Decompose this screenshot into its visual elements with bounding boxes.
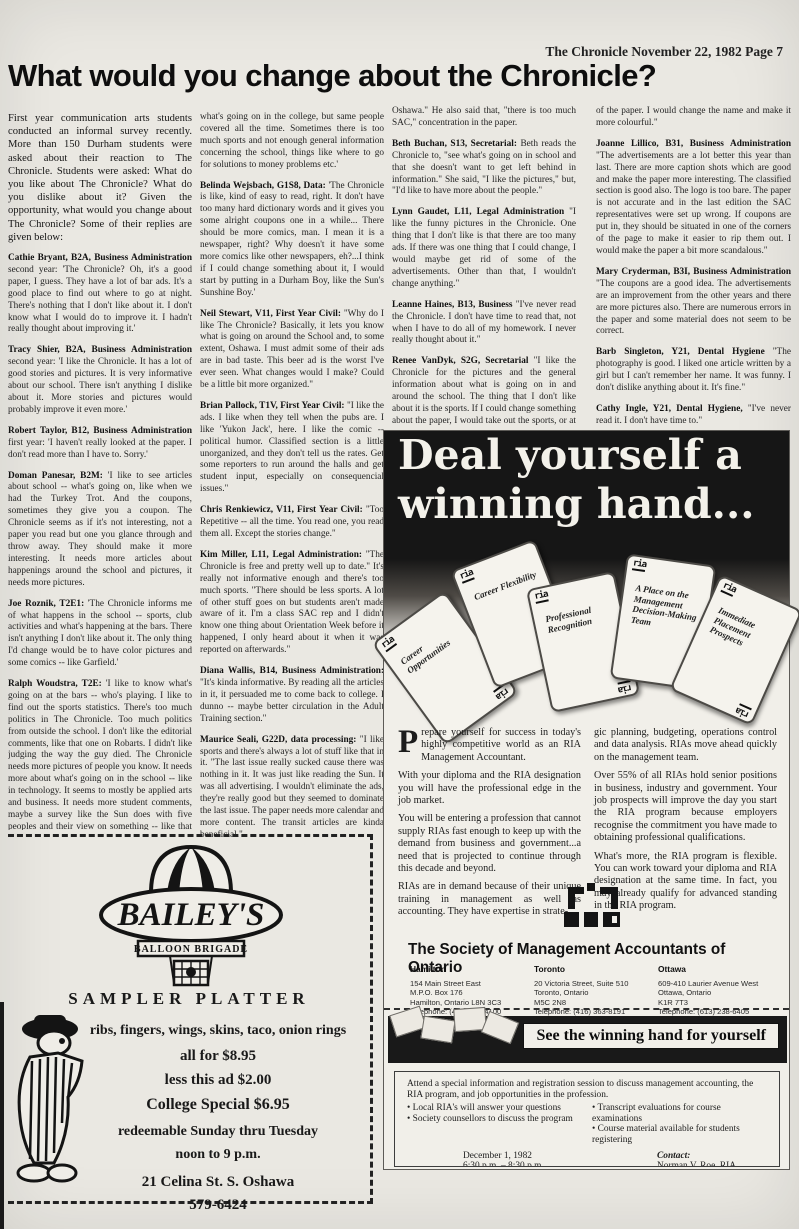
office-city: Hamilton xyxy=(410,965,534,975)
office-line: 609-410 Laurier Avenue West xyxy=(658,979,782,989)
ria-mini-logo: ria xyxy=(380,635,398,653)
survey-column-2: what's going on in the college, but same… xyxy=(200,112,384,848)
registration-info-box: Attend a special information and registr… xyxy=(394,1071,780,1167)
respondent-name: Mary Cryderman, B3I, Business Administra… xyxy=(596,267,791,277)
survey-entry: Doman Panesar, B2M: 'I like to see artic… xyxy=(8,471,192,590)
office-line: 20 Victoria Street, Suite 510 xyxy=(534,979,658,989)
office-line: Hamilton, Ontario L8N 3C3 xyxy=(410,998,534,1008)
survey-entry: of the paper. I would change the name an… xyxy=(596,106,791,130)
ria-paragraph: You will be entering a profession that c… xyxy=(398,813,581,875)
ria-body-left: Prepare yourself for success in today's … xyxy=(398,727,581,925)
newspaper-page: The Chronicle November 22, 1982 Page 7 W… xyxy=(0,0,799,1229)
ria-logo xyxy=(560,879,626,935)
survey-entry: Ralph Woudstra, T2E: 'I like to know wha… xyxy=(8,679,192,830)
survey-column-3: Oshawa." He also said that, "there is to… xyxy=(392,106,576,428)
bullets-right: Transcript evaluations for course examin… xyxy=(592,1103,769,1145)
respondent-name: Neil Stewart, V11, First Year Civil: xyxy=(200,309,344,319)
bullets-left: Local RIA's will answer your questions S… xyxy=(407,1103,584,1145)
address-line: 21 Celina St. S. Oshawa xyxy=(68,1174,368,1191)
scan-edge-artifact xyxy=(0,1002,4,1229)
contact-label: Contact: xyxy=(657,1151,748,1162)
bullet-item: Local RIA's will answer your questions xyxy=(407,1103,584,1114)
office-line: K1R 7T3 xyxy=(658,998,782,1008)
survey-entry: Joanne Lillico, B31, Business Administra… xyxy=(596,139,791,258)
survey-entry: Lynn Gaudet, L11, Legal Administration "… xyxy=(392,207,576,290)
survey-entry: Cathy Ingle, Y21, Dental Hygiene, "I've … xyxy=(596,404,791,428)
scattered-card xyxy=(481,1011,519,1044)
survey-entry: Oshawa." He also said that, "there is to… xyxy=(392,106,576,130)
survey-entry: Brian Pallock, T1V, First Year Civil: "I… xyxy=(200,401,384,496)
respondent-name: Tracy Shier, B2A, Business Administratio… xyxy=(8,345,192,355)
survey-entry: Diana Wallis, B14, Business Administrati… xyxy=(200,666,384,726)
redeem-line: redeemable Sunday thru Tuesday xyxy=(68,1124,368,1140)
session-bullets: Local RIA's will answer your questions S… xyxy=(407,1103,769,1145)
ria-headline-line2: winning hand... xyxy=(398,480,755,528)
ria-paragraph: gic planning, budgeting, operations cont… xyxy=(594,727,777,764)
respondent-name: Diana Wallis, B14, Business Administrati… xyxy=(200,666,384,676)
survey-entry: Barb Singleton, Y21, Dental Hygiene "The… xyxy=(596,347,791,395)
price-line: less this ad $2.00 xyxy=(68,1072,368,1089)
office-city: Ottawa xyxy=(658,965,782,975)
respondent-name: Cathie Bryant, B2A, Business Administrat… xyxy=(8,253,192,263)
respondent-name: Joe Roznik, T2E1: xyxy=(8,599,88,609)
bullet-item: Course material available for students r… xyxy=(592,1124,769,1145)
respondent-name: Beth Buchan, S13, Secretarial: xyxy=(392,139,520,149)
scattered-card xyxy=(420,1016,455,1044)
respondent-name: Brian Pallock, T1V, First Year Civil: xyxy=(200,401,347,411)
ria-mini-logo: ria xyxy=(735,703,752,719)
ria-ad-headline: Deal yourself a winning hand... xyxy=(398,431,755,529)
menu-items: ribs, fingers, wings, skins, taco, onion… xyxy=(68,1023,368,1039)
respondent-name: Doman Panesar, B2M: xyxy=(8,471,108,481)
card-label: A Place on the Management Decision-Makin… xyxy=(630,583,703,634)
card-label: Professional Recognition xyxy=(544,600,615,635)
respondent-name: Ralph Woudstra, T2E: xyxy=(8,679,106,689)
bullet-item: Society counsellors to discuss the progr… xyxy=(407,1114,584,1125)
respondent-name: Kim Miller, L11, Legal Administration: xyxy=(200,550,366,560)
survey-entry: Chris Renkiewicz, V11, First Year Civil:… xyxy=(200,505,384,541)
ria-headline-line1: Deal yourself a xyxy=(398,431,742,479)
page-headline: What would you change about the Chronicl… xyxy=(8,58,794,94)
survey-entry: Maurice Seali, G22D, data processing: "I… xyxy=(200,735,384,842)
survey-entry: Robert Taylor, B12, Business Administrat… xyxy=(8,426,192,462)
session-intro: Attend a special information and registr… xyxy=(407,1079,769,1100)
respondent-name: Chris Renkiewicz, V11, First Year Civil: xyxy=(200,505,366,515)
coupon-divider xyxy=(384,1008,789,1010)
office-city: Toronto xyxy=(534,965,658,975)
ria-ad-header: Deal yourself a winning hand... xyxy=(384,431,789,559)
ria-paragraph: Over 55% of all RIAs hold senior positio… xyxy=(594,770,777,844)
survey-entry: what's going on in the college, but same… xyxy=(200,112,384,172)
respondent-name: Belinda Wejsbach, G1S8, Data: xyxy=(200,181,328,191)
winning-hand-banner: See the winning hand for yourself xyxy=(523,1023,779,1049)
session-contact: Contact: Norman V. Roe, RIA Days & Evgs:… xyxy=(657,1151,748,1167)
card-label: Career Opportunities xyxy=(399,619,466,676)
survey-entry: Joe Roznik, T2E1: 'The Chronicle informs… xyxy=(8,599,192,670)
office-line: Toronto, Ontario xyxy=(534,988,658,998)
ria-mini-logo: ria xyxy=(632,558,647,572)
office-line: 154 Main Street East xyxy=(410,979,534,989)
ria-mini-logo: ria xyxy=(617,680,632,694)
survey-entry: Beth Buchan, S13, Secretarial: Beth read… xyxy=(392,139,576,199)
session-line: 6:30 p.m. – 8:30 p.m. xyxy=(463,1161,603,1167)
respondent-name: Lynn Gaudet, L11, Legal Administration xyxy=(392,207,569,217)
office-line: Ottawa, Ontario xyxy=(658,988,782,998)
phone-number: 579-6424 xyxy=(68,1197,368,1214)
respondent-name: Leanne Haines, B13, Business xyxy=(392,300,516,310)
survey-entry: Tracy Shier, B2A, Business Administratio… xyxy=(8,345,192,416)
session-details: December 1, 1982 6:30 p.m. – 8:30 p.m. D… xyxy=(407,1151,769,1167)
survey-entry: Cathie Bryant, B2A, Business Administrat… xyxy=(8,253,192,336)
contact-line: Norman V. Roe, RIA xyxy=(657,1161,748,1167)
respondent-name: Barb Singleton, Y21, Dental Hygiene xyxy=(596,347,773,357)
survey-column-1: First year communication arts students c… xyxy=(8,112,192,830)
ria-mini-logo: ria xyxy=(534,589,549,603)
respondent-name: Cathy Ingle, Y21, Dental Hygiene, xyxy=(596,404,748,414)
survey-entry: Leanne Haines, B13, Business "I've never… xyxy=(392,300,576,348)
ria-mini-logo: ria xyxy=(458,568,475,584)
redeem-line: noon to 9 p.m. xyxy=(68,1147,368,1163)
session-when: December 1, 1982 6:30 p.m. – 8:30 p.m. D… xyxy=(463,1151,603,1167)
ria-advertisement: Deal yourself a winning hand... ria Care… xyxy=(383,430,790,1170)
survey-entry: First year communication arts students c… xyxy=(8,112,192,244)
sampler-platter-title: SAMPLER PLATTER xyxy=(8,989,370,1009)
price-line: College Special $6.95 xyxy=(68,1096,368,1114)
respondent-name: Maurice Seali, G22D, data processing: xyxy=(200,735,360,745)
baileys-balloon-logo: BAILEY'S BALLOON BRIGADE xyxy=(66,841,316,989)
survey-entry: Neil Stewart, V11, First Year Civil: "Wh… xyxy=(200,309,384,392)
ria-mini-logo: ria xyxy=(720,581,737,597)
survey-entry: Mary Cryderman, B3I, Business Administra… xyxy=(596,267,791,338)
office-line: M5C 2N8 xyxy=(534,998,658,1008)
baileys-brand: BAILEY'S xyxy=(117,897,265,933)
bullet-item: Transcript evaluations for course examin… xyxy=(592,1103,769,1124)
survey-entry: Kim Miller, L11, Legal Administration: "… xyxy=(200,550,384,657)
survey-entry: Belinda Wejsbach, G1S8, Data: 'The Chron… xyxy=(200,181,384,300)
survey-entry: Renee VanDyk, S2G, Secretarial "I like t… xyxy=(392,356,576,428)
price-line: all for $8.95 xyxy=(68,1048,368,1065)
survey-column-4: of the paper. I would change the name an… xyxy=(596,106,791,428)
card-fan: ria Career Opportunities ria ria Career … xyxy=(384,541,789,731)
ria-paragraph: Prepare yourself for success in today's … xyxy=(398,727,581,764)
office-line: M.P.O. Box 176 xyxy=(410,988,534,998)
ria-paragraph: With your diploma and the RIA designatio… xyxy=(398,770,581,807)
winning-hand-strip: See the winning hand for yourself xyxy=(388,1016,787,1063)
respondent-name: Robert Taylor, B12, Business Administrat… xyxy=(8,426,192,436)
card-label: Immediate Placement Prospects xyxy=(708,605,783,661)
baileys-coupon: BAILEY'S BALLOON BRIGADE SAMPLER PLATTER… xyxy=(8,834,373,1204)
session-line: December 1, 1982 xyxy=(463,1151,603,1162)
baileys-subbrand: BALLOON BRIGADE xyxy=(134,944,248,955)
respondent-name: Joanne Lillico, B31, Business Administra… xyxy=(596,139,791,149)
ria-paragraph: RIAs are in demand because of their uniq… xyxy=(398,881,581,918)
respondent-name: Renee VanDyk, S2G, Secretarial xyxy=(392,356,534,366)
